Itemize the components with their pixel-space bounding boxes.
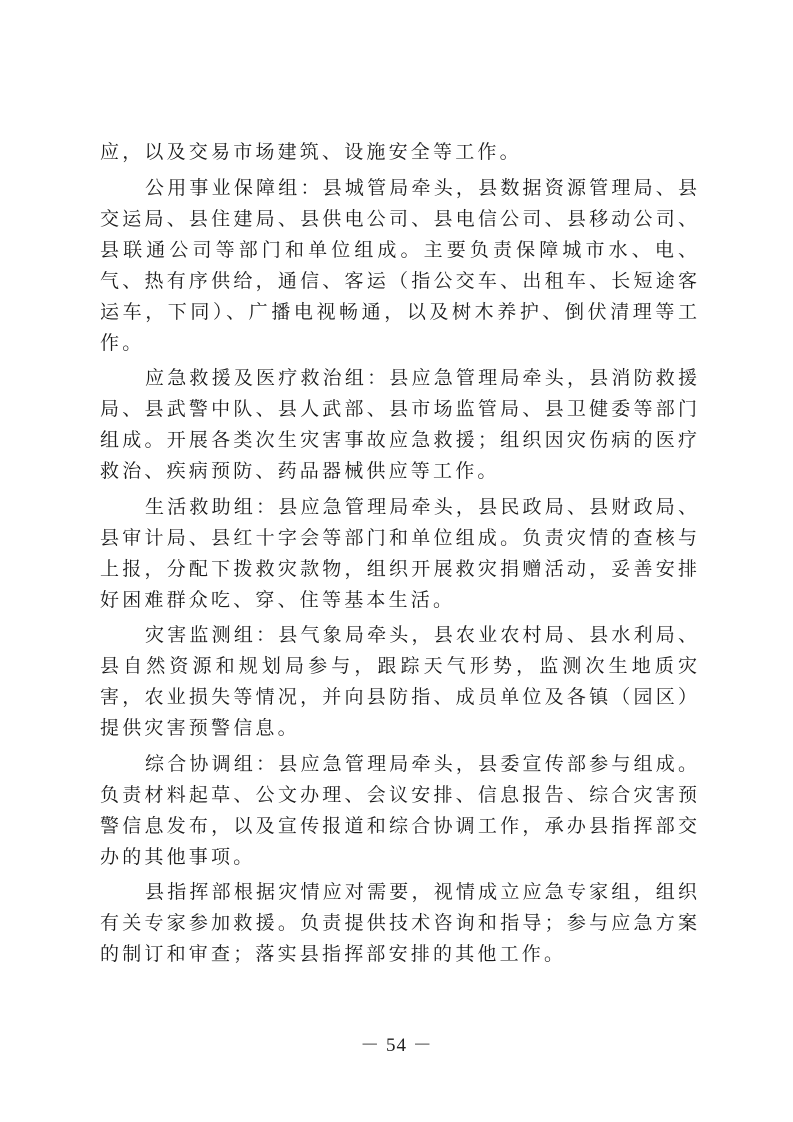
text-line: 办的其他事项。	[100, 842, 698, 873]
body-text: 应，以及交易市场建筑、设施安全等工作。 公用事业保障组：县城管局牵头，县数据资源…	[100, 137, 698, 970]
paragraph-expert-group: 县指挥部根据灾情应对需要，视情成立应急专家组，组织 有关专家参加救援。负责提供技…	[100, 877, 698, 970]
text-line: 救治、疾病预防、药品器械供应等工作。	[100, 456, 698, 487]
text-line: 公用事业保障组：县城管局牵头，县数据资源管理局、县	[100, 173, 698, 204]
text-line: 运车，下同）、广播电视畅通，以及树木养护、倒伏清理等工	[100, 297, 698, 328]
text-line: 害，农业损失等情况，并向县防指、成员单位及各镇（园区）	[100, 682, 698, 713]
text-line: 应急救援及医疗救治组：县应急管理局牵头，县消防救援	[100, 363, 698, 394]
text-line: 的制订和审查；落实县指挥部安排的其他工作。	[100, 939, 698, 970]
paragraph-rescue-medical-group: 应急救援及医疗救治组：县应急管理局牵头，县消防救援 局、县武警中队、县人武部、县…	[100, 363, 698, 487]
text-line: 县指挥部根据灾情应对需要，视情成立应急专家组，组织	[100, 877, 698, 908]
text-line: 生活救助组：县应急管理局牵头，县民政局、县财政局、	[100, 492, 698, 523]
text-line: 灾害监测组：县气象局牵头，县农业农村局、县水利局、	[100, 620, 698, 651]
text-line: 警信息发布，以及宣传报道和综合协调工作，承办县指挥部交	[100, 811, 698, 842]
paragraph-public-utilities-group: 公用事业保障组：县城管局牵头，县数据资源管理局、县 交运局、县住建局、县供电公司…	[100, 173, 698, 359]
text-line: 提供灾害预警信息。	[100, 713, 698, 744]
text-line: 应，以及交易市场建筑、设施安全等工作。	[100, 137, 698, 168]
text-line: 交运局、县住建局、县供电公司、县电信公司、县移动公司、	[100, 204, 698, 235]
page-number: － 54 －	[0, 1030, 793, 1057]
text-line: 县自然资源和规划局参与，跟踪天气形势，监测次生地质灾	[100, 651, 698, 682]
text-line: 上报，分配下拨救灾款物，组织开展救灾捐赠活动，妥善安排	[100, 554, 698, 585]
text-line: 好困难群众吃、穿、住等基本生活。	[100, 585, 698, 616]
document-page: 应，以及交易市场建筑、设施安全等工作。 公用事业保障组：县城管局牵头，县数据资源…	[0, 0, 793, 1122]
text-line: 负责材料起草、公文办理、会议安排、信息报告、综合灾害预	[100, 780, 698, 811]
text-line: 局、县武警中队、县人武部、县市场监管局、县卫健委等部门	[100, 394, 698, 425]
text-line: 综合协调组：县应急管理局牵头，县委宣传部参与组成。	[100, 749, 698, 780]
text-line: 有关专家参加救援。负责提供技术咨询和指导；参与应急方案	[100, 908, 698, 939]
text-line: 作。	[100, 328, 698, 359]
paragraph-continuation: 应，以及交易市场建筑、设施安全等工作。	[100, 137, 698, 168]
paragraph-coordination-group: 综合协调组：县应急管理局牵头，县委宣传部参与组成。 负责材料起草、公文办理、会议…	[100, 749, 698, 873]
paragraph-disaster-monitoring-group: 灾害监测组：县气象局牵头，县农业农村局、县水利局、 县自然资源和规划局参与，跟踪…	[100, 620, 698, 744]
text-line: 县审计局、县红十字会等部门和单位组成。负责灾情的查核与	[100, 523, 698, 554]
text-line: 组成。开展各类次生灾害事故应急救援；组织因灾伤病的医疗	[100, 425, 698, 456]
text-line: 县联通公司等部门和单位组成。主要负责保障城市水、电、	[100, 235, 698, 266]
paragraph-living-relief-group: 生活救助组：县应急管理局牵头，县民政局、县财政局、 县审计局、县红十字会等部门和…	[100, 492, 698, 616]
text-line: 气、热有序供给，通信、客运（指公交车、出租车、长短途客	[100, 266, 698, 297]
